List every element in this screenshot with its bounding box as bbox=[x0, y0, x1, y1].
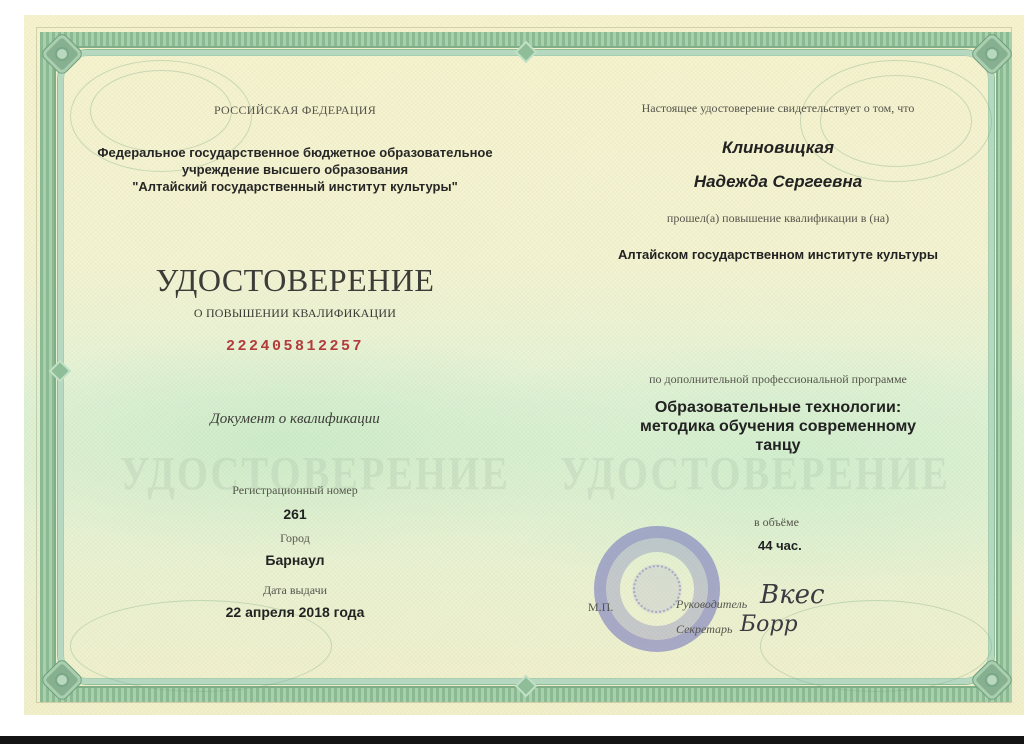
city-value: Барнаул bbox=[60, 552, 530, 568]
issue-date-label: Дата выдачи bbox=[60, 583, 530, 598]
institution-name: Федеральное государственное бюджетное об… bbox=[60, 144, 530, 195]
document-title: УДОСТОВЕРЕНИЕ bbox=[60, 262, 530, 299]
serial-number: 222405812257 bbox=[60, 338, 530, 355]
registration-number: 261 bbox=[60, 506, 530, 522]
program-line: методика обучения современному bbox=[548, 417, 1008, 436]
secretary-label: Секретарь bbox=[676, 622, 732, 637]
seal-placeholder-label: М.П. bbox=[588, 600, 613, 615]
training-institution: Алтайском государственном институте куль… bbox=[548, 247, 1008, 262]
left-page: РОССИЙСКАЯ ФЕДЕРАЦИЯ Федеральное государ… bbox=[60, 0, 530, 744]
head-label: Руководитель bbox=[676, 597, 747, 612]
program-name: Образовательные технологии: методика обу… bbox=[548, 398, 1008, 455]
head-signature: Вкес bbox=[760, 580, 825, 610]
country-name: РОССИЙСКАЯ ФЕДЕРАЦИЯ bbox=[60, 103, 530, 118]
recipient-given-names: Надежда Сергеевна bbox=[548, 172, 1008, 192]
document-subtitle: О ПОВЫШЕНИИ КВАЛИФИКАЦИИ bbox=[60, 306, 530, 321]
city-label: Город bbox=[60, 531, 530, 546]
institution-line: учреждение высшего образования bbox=[60, 161, 530, 178]
program-label: по дополнительной профессиональной прогр… bbox=[548, 372, 1008, 387]
volume-value: 44 час. bbox=[758, 538, 802, 553]
passed-label: прошел(а) повышение квалификации в (на) bbox=[548, 211, 1008, 226]
issue-date-value: 22 апреля 2018 года bbox=[60, 604, 530, 620]
secretary-signature: Борр bbox=[740, 612, 798, 637]
program-line: танцу bbox=[548, 436, 1008, 455]
program-line: Образовательные технологии: bbox=[548, 398, 1008, 417]
registration-label: Регистрационный номер bbox=[60, 483, 530, 498]
volume-label: в объёме bbox=[754, 515, 799, 530]
document-type: Документ о квалификации bbox=[60, 411, 530, 428]
certificate-intro: Настоящее удостоверение свидетельствует … bbox=[548, 101, 1008, 116]
institution-line: "Алтайский государственный институт куль… bbox=[60, 178, 530, 195]
institution-line: Федеральное государственное бюджетное об… bbox=[60, 144, 530, 161]
recipient-surname: Клиновицкая bbox=[548, 138, 1008, 158]
